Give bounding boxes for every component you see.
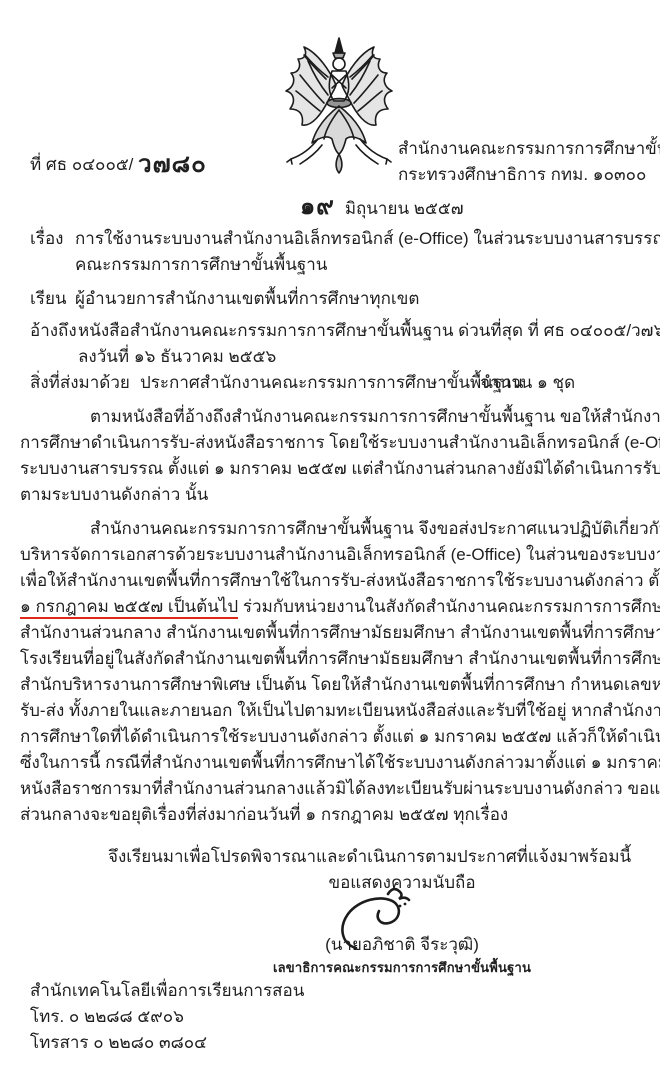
text-segment: ร่วมกับหน่วยงานในสังกัดสำนักงานคณะกรรมกา… [238, 597, 660, 616]
text-line: สำนักงานคณะกรรมการการศึกษาขั้นพื้นฐาน จึ… [20, 516, 646, 542]
paragraph-2: สำนักงานคณะกรรมการการศึกษาขั้นพื้นฐาน จึ… [20, 516, 646, 828]
date-month-year: มิถุนายน ๒๕๕๗ [345, 199, 464, 218]
garuda-emblem-icon [278, 34, 400, 176]
text-line: ๑ กรกฎาคม ๒๕๕๗ เป็นต้นไป ร่วมกับหน่วยงาน… [20, 594, 646, 620]
contact-block: สำนักเทคโนโลยีเพื่อการเรียนการสอน โทร. ๐… [30, 978, 304, 1056]
to-row: เรียน ผู้อำนวยการสำนักงานเขตพื้นที่การศึ… [30, 286, 646, 312]
text-line: ตามหนังสือที่อ้างถึงสำนักงานคณะกรรมการกา… [20, 404, 646, 430]
text-line: สำนักงานส่วนกลาง สำนักงานเขตพื้นที่การศึ… [20, 620, 646, 646]
text-line: หนังสือราชการมาที่สำนักงานส่วนกลางแล้วมิ… [20, 776, 646, 802]
reference-row: อ้างถึง หนังสือสำนักงานคณะกรรมการการศึกษ… [30, 318, 646, 370]
agency-ministry: กระทรวงศึกษาธิการ กทม. ๑๐๓๐๐ [398, 162, 660, 188]
text-line: การศึกษาดำเนินการรับ-ส่งหนังสือราชการ โด… [20, 430, 646, 456]
contact-department: สำนักเทคโนโลยีเพื่อการเรียนการสอน [30, 978, 304, 1004]
text-line: ส่วนกลางจะขอยุติเรื่องที่ส่งมาก่อนวันที่… [20, 802, 646, 828]
text-line: หนังสือสำนักงานคณะกรรมการการศึกษาขั้นพื้… [78, 318, 660, 344]
enclosure-count: จำนวน ๑ ชุด [480, 370, 575, 396]
text-line: เพื่อให้สำนักงานเขตพื้นที่การศึกษาใช้ในก… [20, 568, 646, 594]
enclosure-row: สิ่งที่ส่งมาด้วย ประกาศสำนักงานคณะกรรมกา… [30, 370, 646, 396]
subject-row: เรื่อง การใช้งานระบบงานสำนักงานอิเล็กทรอ… [30, 226, 646, 278]
date-day-handwritten: ๑๙ [300, 193, 335, 220]
text-line: คณะกรรมการการศึกษาขั้นพื้นฐาน [75, 252, 660, 278]
effective-date-underlined: ๑ กรกฎาคม ๒๕๕๗ เป็นต้นไป [20, 597, 238, 619]
text-line: การศึกษาใดที่ได้ดำเนินการใช้ระบบงานดังกล… [20, 724, 646, 750]
enclosure-label: สิ่งที่ส่งมาด้วย [30, 370, 140, 396]
text-line: รับ-ส่ง ทั้งภายในและภายนอก ให้เป็นไปตามท… [20, 698, 646, 724]
closing-line: จึงเรียนมาเพื่อโปรดพิจารณาและดำเนินการตา… [20, 844, 646, 870]
agency-address: สำนักงานคณะกรรมการการศึกษาขั้นพื้นฐาน กร… [398, 136, 660, 188]
doc-number: ที่ ศธ ๐๔๐๐๕/ ว๗๘๐ [30, 142, 207, 181]
text-line: ซึ่งในการนี้ กรณีที่สำนักงานเขตพื้นที่กา… [20, 750, 646, 776]
doc-number-handwritten: ว๗๘๐ [138, 151, 207, 178]
garuda-emblem-svg [278, 34, 400, 176]
text-line: การใช้งานระบบงานสำนักงานอิเล็กทรอนิกส์ (… [75, 226, 660, 252]
text-line: ระบบงานสารบรรณ ตั้งแต่ ๑ มกราคม ๒๕๕๗ แต่… [20, 456, 646, 482]
contact-fax: โทรสาร ๐ ๒๒๘๐ ๓๘๐๔ [30, 1030, 304, 1056]
text-line: โรงเรียนที่อยู่ในสังกัดสำนักงานเขตพื้นที… [20, 646, 646, 672]
signer-title: เลขาธิการคณะกรรมการการศึกษาขั้นพื้นฐาน [268, 955, 536, 981]
reference-text: หนังสือสำนักงานคณะกรรมการการศึกษาขั้นพื้… [78, 318, 660, 370]
text-line: ลงวันที่ ๑๖ ธันวาคม ๒๕๕๖ [78, 344, 660, 370]
text-line: บริหารจัดการเอกสารด้วยระบบงานสำนักงานอิเ… [20, 542, 646, 568]
letter-content: เรื่อง การใช้งานระบบงานสำนักงานอิเล็กทรอ… [20, 226, 646, 870]
to-text: ผู้อำนวยการสำนักงานเขตพื้นที่การศึกษาทุก… [75, 286, 646, 312]
date-line: ๑๙มิถุนายน ๒๕๕๗ [300, 186, 464, 225]
official-letter-page: ที่ ศธ ๐๔๐๐๕/ ว๗๘๐ [0, 0, 660, 1073]
subject-label: เรื่อง [30, 226, 75, 278]
agency-name: สำนักงานคณะกรรมการการศึกษาขั้นพื้นฐาน [398, 136, 660, 162]
contact-phone: โทร. ๐ ๒๒๘๘ ๕๙๐๖ [30, 1004, 304, 1030]
paragraph-1: ตามหนังสือที่อ้างถึงสำนักงานคณะกรรมการกา… [20, 404, 646, 508]
text-line: ตามระบบงานดังกล่าว นั้น [20, 482, 646, 508]
text-line: สำนักบริหารงานการศึกษาพิเศษ เป็นต้น โดยใ… [20, 672, 646, 698]
reference-label: อ้างถึง [30, 318, 78, 370]
signature-block: ขอแสดงความนับถือ (นายอภิชาติ จีระวุฒิ) เ… [268, 870, 536, 981]
signature-handwriting-icon [326, 886, 438, 952]
doc-number-printed: ที่ ศธ ๐๔๐๐๕/ [30, 155, 133, 174]
subject-text: การใช้งานระบบงานสำนักงานอิเล็กทรอนิกส์ (… [75, 226, 660, 278]
to-label: เรียน [30, 286, 75, 312]
